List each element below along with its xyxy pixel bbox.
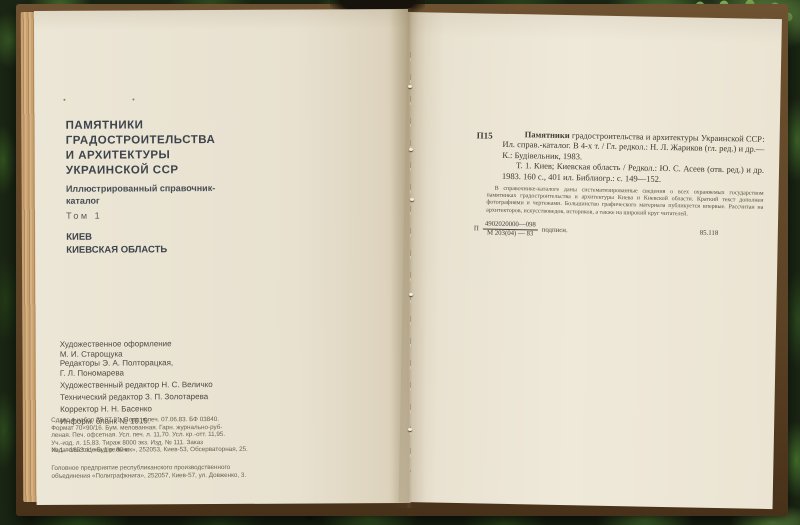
catalog-index-code: П15 (477, 130, 493, 140)
credits-line: Г. Л. Пономарева (60, 368, 213, 378)
title-line: ГРАДОСТРОИТЕЛЬСТВА (66, 133, 216, 149)
left-page: ПАМЯТНИКИ ГРАДОСТРОИТЕЛЬСТВА И АРХИТЕКТУ… (34, 9, 411, 505)
thread-knot (409, 148, 413, 151)
credits-block: Художественное оформление М. И. Старощук… (60, 339, 213, 427)
publisher-address: Издательство «Будівельник», 252053, Киев… (51, 446, 256, 455)
entry-lead-word: Памятники (525, 129, 570, 140)
entry-paragraph-2: Т. 1. Киев; Киевская область / Редкол.: … (502, 160, 764, 186)
book-title: ПАМЯТНИКИ ГРАДОСТРОИТЕЛЬСТВА И АРХИТЕКТУ… (66, 118, 216, 179)
place-line: КИЕВ (66, 231, 167, 244)
title-line: УКРАИНСКОЙ ССР (66, 163, 216, 179)
binding-thread (410, 52, 411, 472)
copyright-formula: П 4902020000—098 М 203(04) — 83 подписн. (474, 220, 568, 239)
subtitle-line: каталог (66, 194, 215, 207)
credits-line: Корректор Н. Н. Басенко (60, 404, 213, 414)
title-line: ПАМЯТНИКИ (66, 118, 216, 134)
subtitle-line: Иллюстрированный справочник- (66, 182, 215, 195)
formula-denominator: М 203(04) — 83 (487, 230, 533, 238)
thread-knot (409, 293, 413, 296)
bbk-classification-code: 85.118 (700, 230, 719, 237)
bibliographic-entry: Памятники градостроительства и архитекту… (502, 129, 765, 186)
paper-speck (132, 98, 134, 100)
place-line: КИЕВСКАЯ ОБЛАСТЬ (66, 244, 167, 257)
volume-label: Том 1 (66, 211, 102, 221)
paper-speck (63, 99, 65, 101)
entry-paragraph-1: Памятники градостроительства и архитекту… (502, 129, 765, 165)
printer-address: Головное предприятие республиканского пр… (51, 464, 266, 480)
thread-knot (408, 428, 412, 431)
book-subtitle: Иллюстрированный справочник- каталог (66, 182, 215, 207)
right-page: П15 Памятники градостроительства и архит… (399, 12, 782, 509)
place-names: КИЕВ КИЕВСКАЯ ОБЛАСТЬ (66, 231, 167, 257)
thread-knot (408, 85, 412, 88)
formula-suffix: подписн. (542, 227, 568, 234)
credits-line: Технический редактор З. П. Золотарева (60, 392, 213, 402)
thread-knot (410, 198, 414, 201)
formula-prefix: П (474, 225, 479, 232)
annotation-paragraph: В справочнике-каталоге даны систематизир… (486, 186, 764, 220)
formula-fraction: 4902020000—098 М 203(04) — 83 (483, 220, 538, 238)
photo-of-open-book: ПАМЯТНИКИ ГРАДОСТРОИТЕЛЬСТВА И АРХИТЕКТУ… (0, 0, 800, 525)
title-line: И АРХИТЕКТУРЫ (66, 148, 216, 164)
credits-line: Художественный редактор Н. С. Величко (60, 380, 213, 390)
